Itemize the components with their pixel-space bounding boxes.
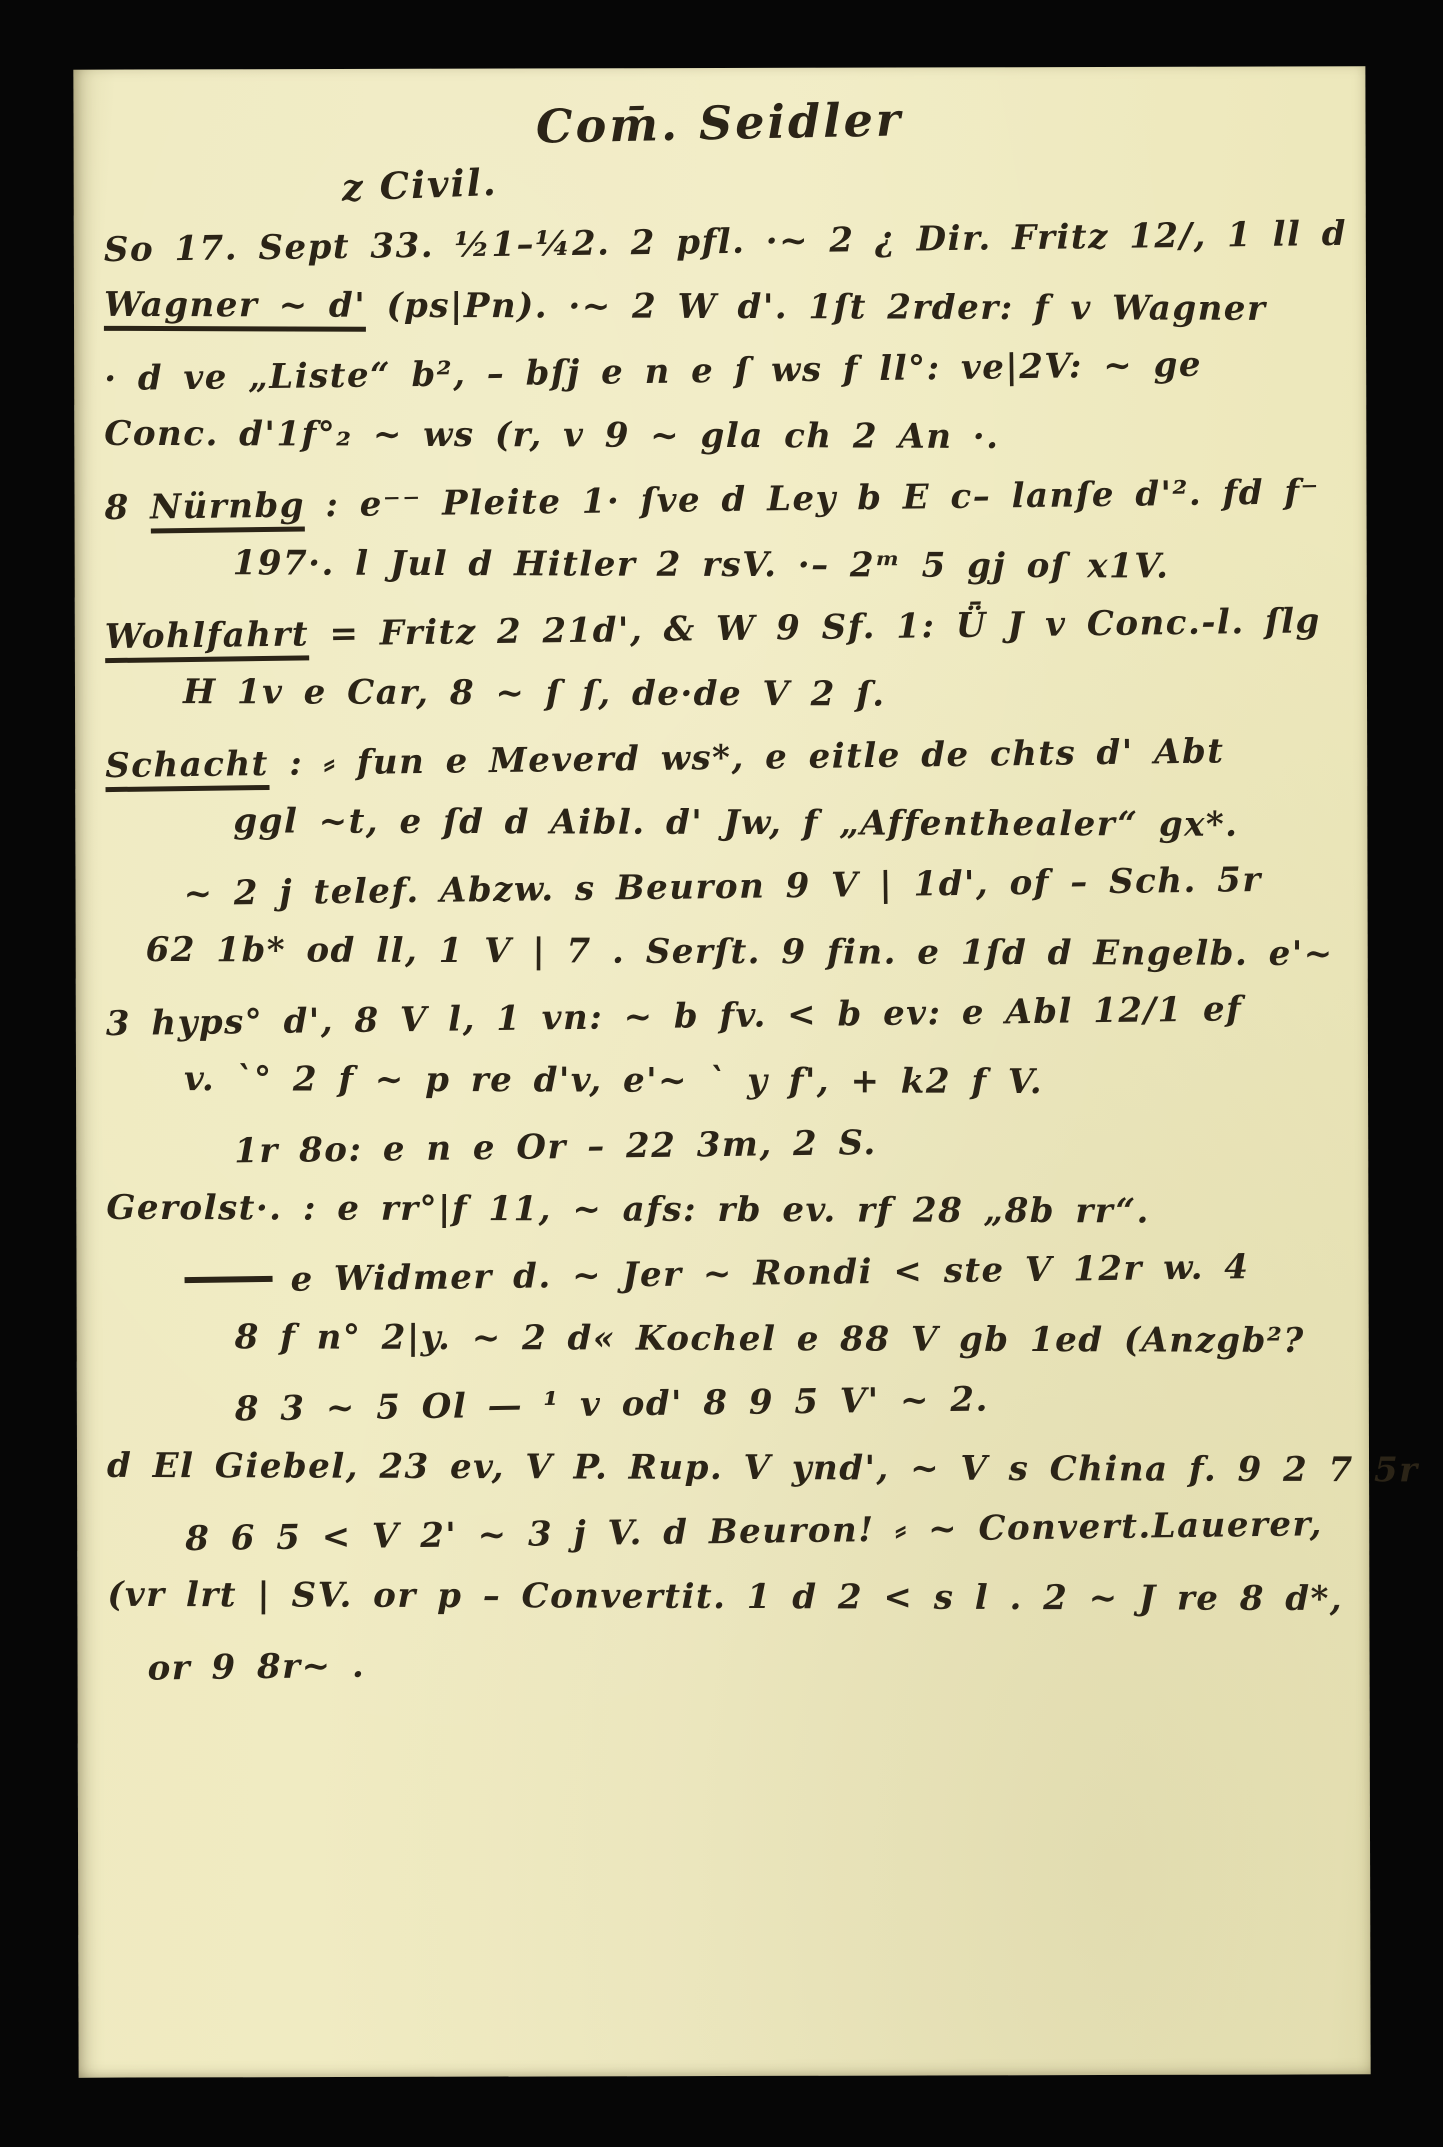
handwritten-line: Wagner ~ d' (ps|Pn). ·~ 2 W d'. 1ſt 2rde… xyxy=(104,272,1344,341)
handwritten-line: ggl ~t, e ſd d Aibl. d' Jw, f „Affenthea… xyxy=(105,788,1345,857)
handwritten-line: e Widmer d. ~ Jer ~ Rondi < ste V 12r w.… xyxy=(106,1234,1347,1315)
handwritten-line: H 1v e Car, 8 ~ ſ ſ, de·de V 2 ſ. xyxy=(105,659,1345,728)
handwritten-line: So 17. Sept 33. ½1–¼2. 2 pfl. ·~ 2 ¿ Dir… xyxy=(103,202,1344,283)
handwritten-line: (vr lrt | SV. or p – Convertit. 1 d 2 < … xyxy=(107,1562,1347,1631)
handwritten-line: 8 6 5 < V 2' ~ 3 j V. d Beuron! ⸗ ~ Conv… xyxy=(107,1492,1348,1573)
handwritten-line: d El Giebel, 23 ev, V P. Rup. V ynd', ~ … xyxy=(107,1433,1347,1502)
handwritten-line: 3 hyps° d', 8 V l, 1 vn: ~ b fv. < b ev:… xyxy=(105,976,1346,1057)
underlined-keyword: Wohlfahrt xyxy=(105,614,310,663)
handwritten-line: Conc. d'1f°₂ ~ ws (r, v 9 ~ gla ch 2 An … xyxy=(104,401,1344,470)
handwritten-line: v. `° 2 f ~ p re d'v, e'~ ` y f', + k2 f… xyxy=(106,1046,1346,1115)
manuscript-page: Com̄. Seidler z Civil. So 17. Sept 33. ½… xyxy=(73,66,1370,2077)
underlined-keyword: Schacht xyxy=(105,744,269,792)
page-subtitle: z Civil. xyxy=(341,160,498,210)
underlined-keyword: Wagner ~ d' xyxy=(104,284,366,331)
handwritten-line: Wohlfahrt = Fritz 2 21d', & W 9 Sf. 1: Ǖ… xyxy=(104,589,1345,670)
handwritten-line: 8 3 ~ 5 Ol — ¹ v od' 8 9 5 V' ~ 2. xyxy=(106,1363,1347,1444)
page-title: Com̄. Seidler xyxy=(73,83,1366,163)
handwritten-line: or 9 8r~ . xyxy=(107,1621,1348,1702)
photo-backdrop: { "colors": { "backdrop": "#060606", "pa… xyxy=(0,0,1443,2147)
handwritten-text-block: So 17. Sept 33. ½1–¼2. 2 pfl. ·~ 2 ¿ Dir… xyxy=(104,208,1348,1695)
handwritten-line: ~ 2 j telef. Abzw. s Beuron 9 V | 1d', o… xyxy=(105,847,1346,928)
underlined-keyword: Nürnbg xyxy=(150,485,306,533)
handwritten-line: 8 Nürnbg : e⁻⁻ Pleite 1· ſve d Ley b E c… xyxy=(104,460,1345,541)
handwritten-line: 197·. l Jul d Hitler 2 rsV. ·– 2ᵐ 5 gj o… xyxy=(105,530,1345,599)
handwritten-line: Gerolst·. : e rr°|f 11, ~ afs: rb ev. rf… xyxy=(106,1175,1346,1244)
handwritten-line: Schacht : ⸗ fun e Meverd ws*, e eitle de… xyxy=(105,718,1346,799)
handwritten-line: · d ve „Liste“ b², – bſj e n e ſ ws f ll… xyxy=(104,331,1345,412)
handwritten-line: 62 1b* od ll, 1 V | 7 . Serſt. 9 fin. e … xyxy=(106,917,1346,986)
margin-dash-stroke xyxy=(185,1276,273,1283)
handwritten-line: 1r 8o: e n e Or – 22 3m, 2 S. xyxy=(106,1105,1347,1186)
handwritten-line: 8 f n° 2|y. ~ 2 d« Kochel e 88 V gb 1ed … xyxy=(107,1304,1347,1373)
